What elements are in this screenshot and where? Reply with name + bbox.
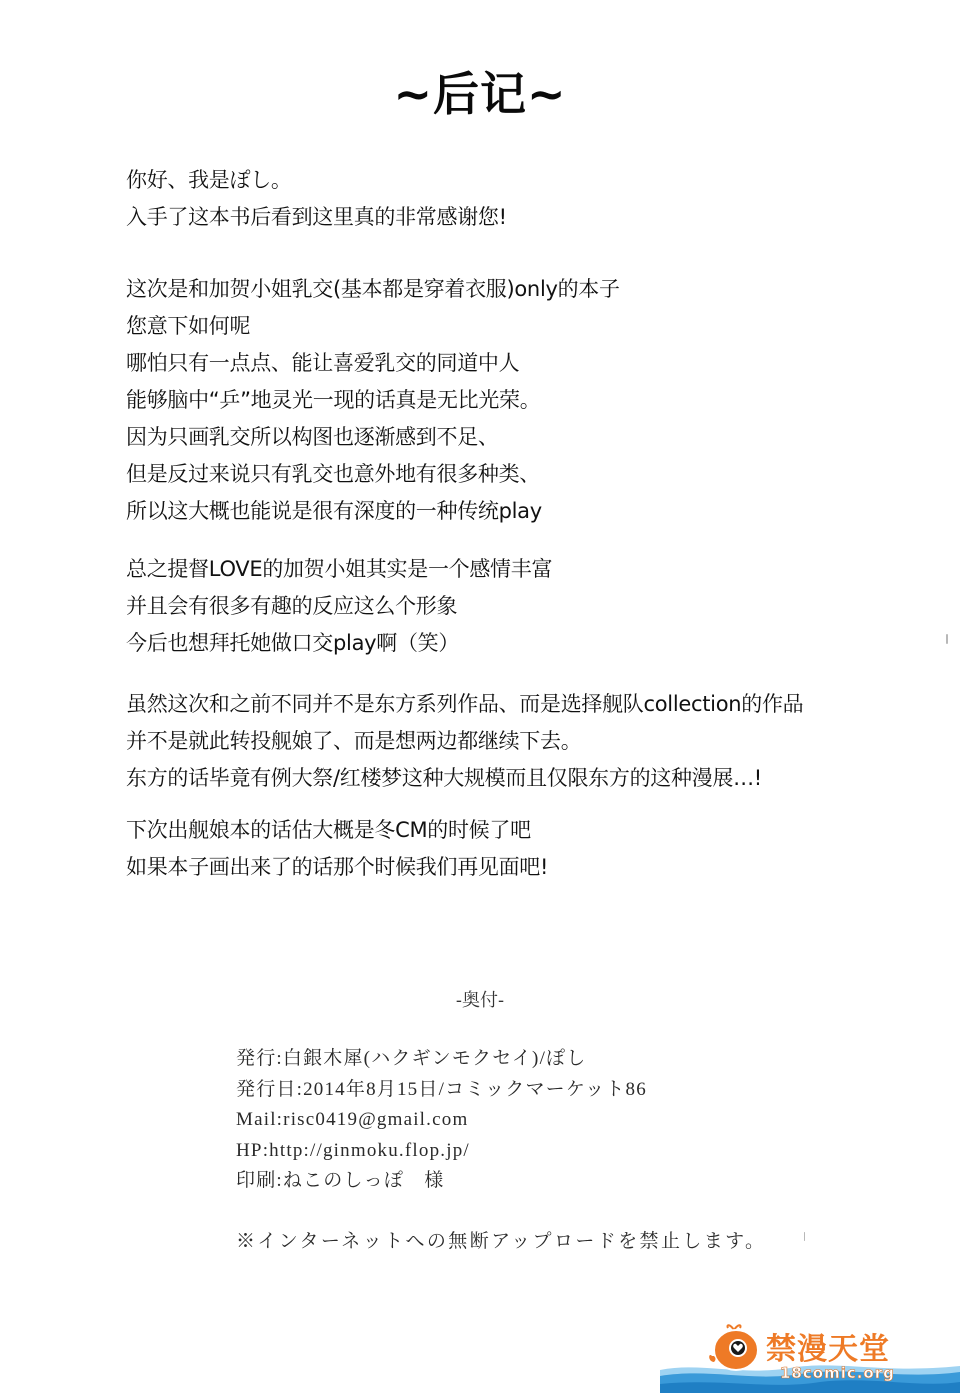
text-line: 因为只画乳交所以构图也逐渐感到不足、 (126, 419, 620, 456)
paragraph-series: 虽然这次和之前不同并不是东方系列作品、而是选择舰队collection的作品 并… (126, 686, 803, 797)
text-line: 所以这大概也能说是很有深度的一种传统play (126, 493, 620, 530)
text-line: 下次出舰娘本的话估大概是冬CM的时候了吧 (126, 812, 548, 849)
text-line: 但是反过来说只有乳交也意外地有很多种类、 (126, 456, 620, 493)
paragraph-greeting: 你好、我是ぽし。 入手了这本书后看到这里真的非常感谢您! (126, 162, 507, 236)
scan-mark (804, 1232, 805, 1241)
paragraph-about-book: 这次是和加贺小姐乳交(基本都是穿着衣服)only的本子 您意下如何呢 哪怕只有一… (126, 271, 620, 530)
colophon-printer: 印刷:ねこのしっぽ 様 (236, 1166, 647, 1197)
watermark-title: 禁漫天堂 (766, 1324, 890, 1368)
watermark-logo: 禁漫天堂 18comic.org (660, 1312, 960, 1393)
text-line: 如果本子画出来了的话那个时候我们再见面吧! (126, 849, 548, 886)
page-title: ~后记~ (0, 58, 960, 124)
paragraph-character: 总之提督LOVE的加贺小姐其实是一个感情丰富 并且会有很多有趣的反应这么个形象 … (126, 551, 552, 662)
colophon-title: -奥付- (0, 986, 960, 1012)
text-line: 入手了这本书后看到这里真的非常感谢您! (126, 199, 507, 236)
paragraph-next: 下次出舰娘本的话估大概是冬CM的时候了吧 如果本子画出来了的话那个时候我们再见面… (126, 812, 548, 886)
text-line: 今后也想拜托她做口交play啊（笑） (126, 625, 552, 662)
text-line: 能够脑中“乒”地灵光一现的话真是无比光荣。 (126, 382, 620, 419)
whale-mascot-icon (708, 1322, 760, 1374)
text-line: 东方的话毕竟有例大祭/红楼梦这种大规模而且仅限东方的这种漫展…! (126, 760, 803, 797)
text-line: 并且会有很多有趣的反应这么个形象 (126, 588, 552, 625)
scan-mark (946, 634, 948, 644)
colophon-homepage: HP:http://ginmoku.flop.jp/ (236, 1136, 647, 1167)
text-line: 这次是和加贺小姐乳交(基本都是穿着衣服)only的本子 (126, 271, 620, 308)
text-line: 你好、我是ぽし。 (126, 162, 507, 199)
text-line: 您意下如何呢 (126, 308, 620, 345)
colophon-date: 発行日:2014年8月15日/コミックマーケット86 (236, 1075, 647, 1106)
text-line: 并不是就此转投舰娘了、而是想两边都继续下去。 (126, 723, 803, 760)
colophon: 発行:白銀木犀(ハクギンモクセイ)/ぽし 発行日:2014年8月15日/コミック… (236, 1044, 647, 1197)
text-line: 虽然这次和之前不同并不是东方系列作品、而是选择舰队collection的作品 (126, 686, 803, 723)
text-line: 总之提督LOVE的加贺小姐其实是一个感情丰富 (126, 551, 552, 588)
colophon-publisher: 発行:白銀木犀(ハクギンモクセイ)/ぽし (236, 1044, 647, 1075)
text-line: 哪怕只有一点点、能让喜爱乳交的同道中人 (126, 345, 620, 382)
upload-notice: ※インターネットへの無断アップロードを禁止します。 (236, 1226, 766, 1253)
colophon-mail: Mail:risc0419@gmail.com (236, 1105, 647, 1136)
watermark-url: 18comic.org (780, 1364, 895, 1382)
